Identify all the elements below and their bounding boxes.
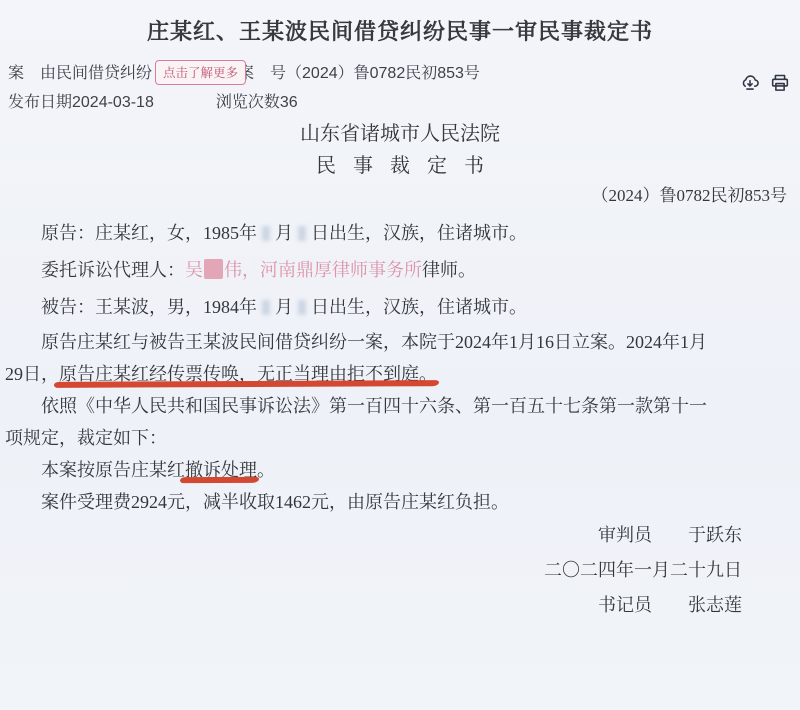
doc-text: 日出生，汉族，住诸城市。 [311,297,527,317]
doc-text: 委托诉讼代理人： [41,260,185,280]
redaction-block [204,259,223,279]
document-body: 原告：庄某红，女，1985年月日出生，汉族，住诸城市。委托诉讼代理人：吴伟，河南… [0,215,800,623]
doc-text: 书记员 张志莲 [598,595,742,615]
doc-text: 月 [275,223,293,243]
body-line: 依照《中华人民共和国民事诉讼法》第一百四十六条、第一百五十七条第一款第十一 [5,390,792,422]
red-underlined-text: 原告庄某红经传票传唤，无正当理由拒不到庭。 [59,364,437,384]
privacy-highlighted-text: 河南鼎厚律师事务所 [260,260,422,280]
court-name: 山东省诸城市人民法院 [0,121,800,147]
body-line: 29日，原告庄某红经传票传唤，无正当理由拒不到庭。 [5,358,792,390]
date-line: 二〇二四年一月二十九日 [5,553,792,588]
meta-row-publish: 发布日期2024-03-18浏览次数36 [8,89,792,112]
doc-text: 。 [257,460,275,480]
doc-text: 月 [275,297,293,317]
ruling-line: 本案按原告庄某红撤诉处理。 [5,454,792,486]
doc-text: 本案按原告庄某红 [41,460,185,480]
doc-text: 依照《中华人民共和国民事诉讼法》第一百四十六条、第一百五十七条第一款第十一 [41,396,707,416]
doc-text: 29日， [5,364,59,384]
scanned-document: 山东省诸城市人民法院 民 事 裁 定 书 （2024）鲁0782民初853号 原… [0,121,800,623]
doc-text: 项规定，裁定如下： [5,428,167,448]
meta-block: 案 由民间借贷纠纷点击了解更多案 号（2024）鲁0782民初853号 发布日期… [8,60,792,112]
doc-text: 日出生，汉族，住诸城市。 [311,223,527,243]
view-count: 浏览次数36 [216,94,298,111]
document-type-heading: 民 事 裁 定 书 [0,153,800,179]
fee-line: 案件受理费2924元，减半收取1462元，由原告庄某红负担。 [5,486,792,518]
printer-icon[interactable] [769,72,791,94]
redacted-blur-mark [262,300,270,315]
doc-text: 二〇二四年一月二十九日 [544,560,742,580]
red-underlined-text: 撤诉处理 [185,460,257,480]
clerk-line: 书记员 张志莲 [5,588,792,623]
doc-text: 律师。 [422,260,476,280]
case-cause: 案 由民间借贷纠纷 [8,65,152,82]
privacy-highlighted-text: 吴 [185,260,203,280]
body-line: 原告庄某红与被告王某波民间借贷纠纷一案，本院于2024年1月16日立案。2024… [5,326,792,358]
doc-text: 被告：王某波，男，1984年 [41,297,257,317]
judge-line: 审判员 于跃东 [5,518,792,553]
case-number: 案 号（2024）鲁0782民初853号 [238,65,480,82]
doc-text: 原告：庄某红，女，1985年 [41,223,257,243]
redacted-blur-mark [262,226,270,241]
doc-text: 审判员 于跃东 [598,525,742,545]
body-line: 项规定，裁定如下： [5,422,792,454]
page-title: 庄某红、王某波民间借贷纠纷民事一审民事裁定书 [0,0,800,46]
cloud-download-icon[interactable] [739,72,761,94]
document-page: 庄某红、王某波民间借贷纠纷民事一审民事裁定书 案 由民间借贷纠纷点击了解更多案 … [0,0,800,710]
learn-more-button[interactable]: 点击了解更多 [155,60,246,85]
redacted-blur-mark [298,300,306,315]
doc-text: 原告庄某红与被告王某波民间借贷纠纷一案，本院于2024年1月16日立案。2024… [41,332,707,352]
privacy-highlighted-text: 伟， [224,260,260,280]
document-toolbar [739,72,791,94]
agent-line: 委托诉讼代理人：吴伟，河南鼎厚律师事务所律师。 [5,252,792,289]
redacted-blur-mark [298,226,306,241]
publish-date: 发布日期2024-03-18 [8,94,154,111]
case-number-heading: （2024）鲁0782民初853号 [0,184,800,208]
meta-row-case: 案 由民间借贷纠纷点击了解更多案 号（2024）鲁0782民初853号 [8,60,792,83]
defendant-line: 被告：王某波，男，1984年月日出生，汉族，住诸城市。 [5,289,792,326]
doc-text: 案件受理费2924元，减半收取1462元，由原告庄某红负担。 [41,492,509,512]
plaintiff-line: 原告：庄某红，女，1985年月日出生，汉族，住诸城市。 [5,215,792,252]
